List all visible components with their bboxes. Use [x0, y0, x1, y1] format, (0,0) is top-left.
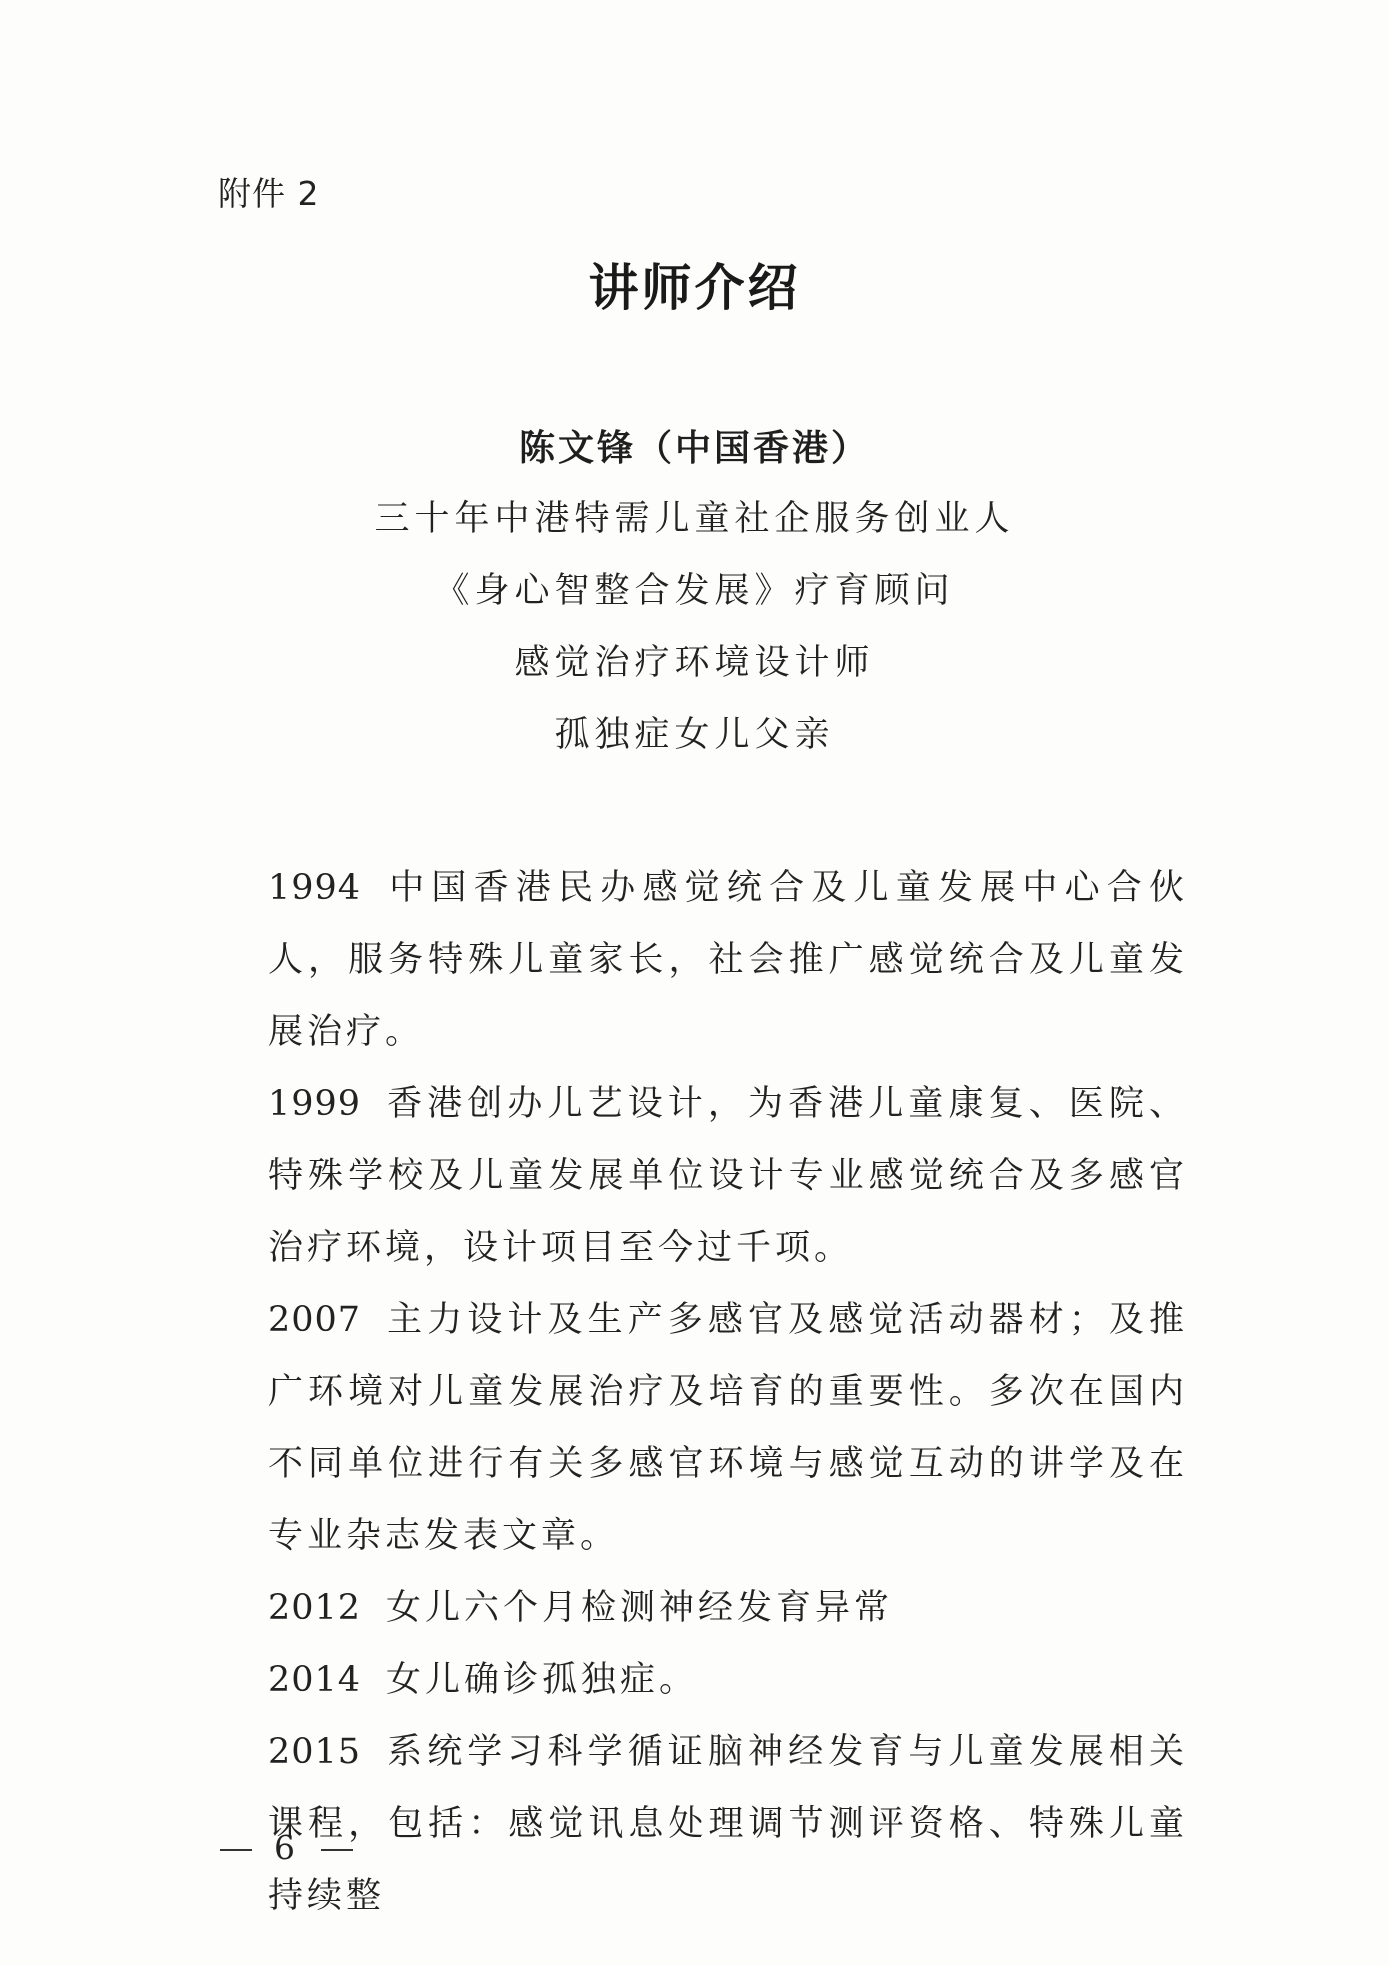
bio-text: 中国香港民办感觉统合及儿童发展中心合伙人，服务特殊儿童家长，社会推广感觉统合及儿…: [268, 868, 1188, 1052]
bio-year: 2015: [268, 1716, 360, 1788]
biography: 1994中国香港民办感觉统合及儿童发展中心合伙人，服务特殊儿童家长，社会推广感觉…: [268, 852, 1188, 1932]
page-title: 讲师介绍: [0, 248, 1389, 320]
bio-entry: 2015系统学习科学循证脑神经发育与儿童发展相关课程，包括：感觉讯息处理调节测评…: [268, 1716, 1188, 1932]
bio-entry: 2007主力设计及生产多感官及感觉活动器材；及推广环境对儿童发展治疗及培育的重要…: [268, 1284, 1188, 1572]
bio-text: 香港创办儿艺设计，为香港儿童康复、医院、特殊学校及儿童发展单位设计专业感觉统合及…: [268, 1084, 1188, 1268]
document-page: 附件 2 讲师介绍 陈文锋（中国香港） 三十年中港特需儿童社企服务创业人 《身心…: [0, 0, 1389, 1965]
page-number: 6: [220, 1828, 353, 1867]
bio-entry: 1994中国香港民办感觉统合及儿童发展中心合伙人，服务特殊儿童家长，社会推广感觉…: [268, 852, 1188, 1068]
bio-year: 2012: [268, 1572, 360, 1644]
dash-right: [321, 1849, 353, 1851]
dash-left: [220, 1849, 252, 1851]
bio-year: 1994: [268, 852, 360, 924]
speaker-role: 《身心智整合发展》疗育顾问: [0, 566, 1389, 638]
speaker-roles: 三十年中港特需儿童社企服务创业人 《身心智整合发展》疗育顾问 感觉治疗环境设计师…: [0, 494, 1389, 782]
bio-year: 2007: [268, 1284, 360, 1356]
speaker-name: 陈文锋（中国香港）: [0, 420, 1389, 471]
bio-entry: 2014女儿确诊孤独症。: [268, 1644, 1188, 1716]
speaker-role: 感觉治疗环境设计师: [0, 638, 1389, 710]
bio-text: 女儿六个月检测神经发育异常: [386, 1588, 893, 1628]
bio-entry: 1999香港创办儿艺设计，为香港儿童康复、医院、特殊学校及儿童发展单位设计专业感…: [268, 1068, 1188, 1284]
attachment-label: 附件 2: [218, 168, 320, 215]
speaker-role: 孤独症女儿父亲: [0, 710, 1389, 782]
bio-year: 2014: [268, 1644, 360, 1716]
bio-entry: 2012女儿六个月检测神经发育异常: [268, 1572, 1188, 1644]
bio-year: 1999: [268, 1068, 360, 1140]
bio-text: 系统学习科学循证脑神经发育与儿童发展相关课程，包括：感觉讯息处理调节测评资格、特…: [268, 1732, 1188, 1916]
page-number-value: 6: [274, 1828, 299, 1867]
speaker-role: 三十年中港特需儿童社企服务创业人: [0, 494, 1389, 566]
bio-text: 主力设计及生产多感官及感觉活动器材；及推广环境对儿童发展治疗及培育的重要性。多次…: [268, 1300, 1188, 1556]
bio-text: 女儿确诊孤独症。: [386, 1660, 698, 1700]
